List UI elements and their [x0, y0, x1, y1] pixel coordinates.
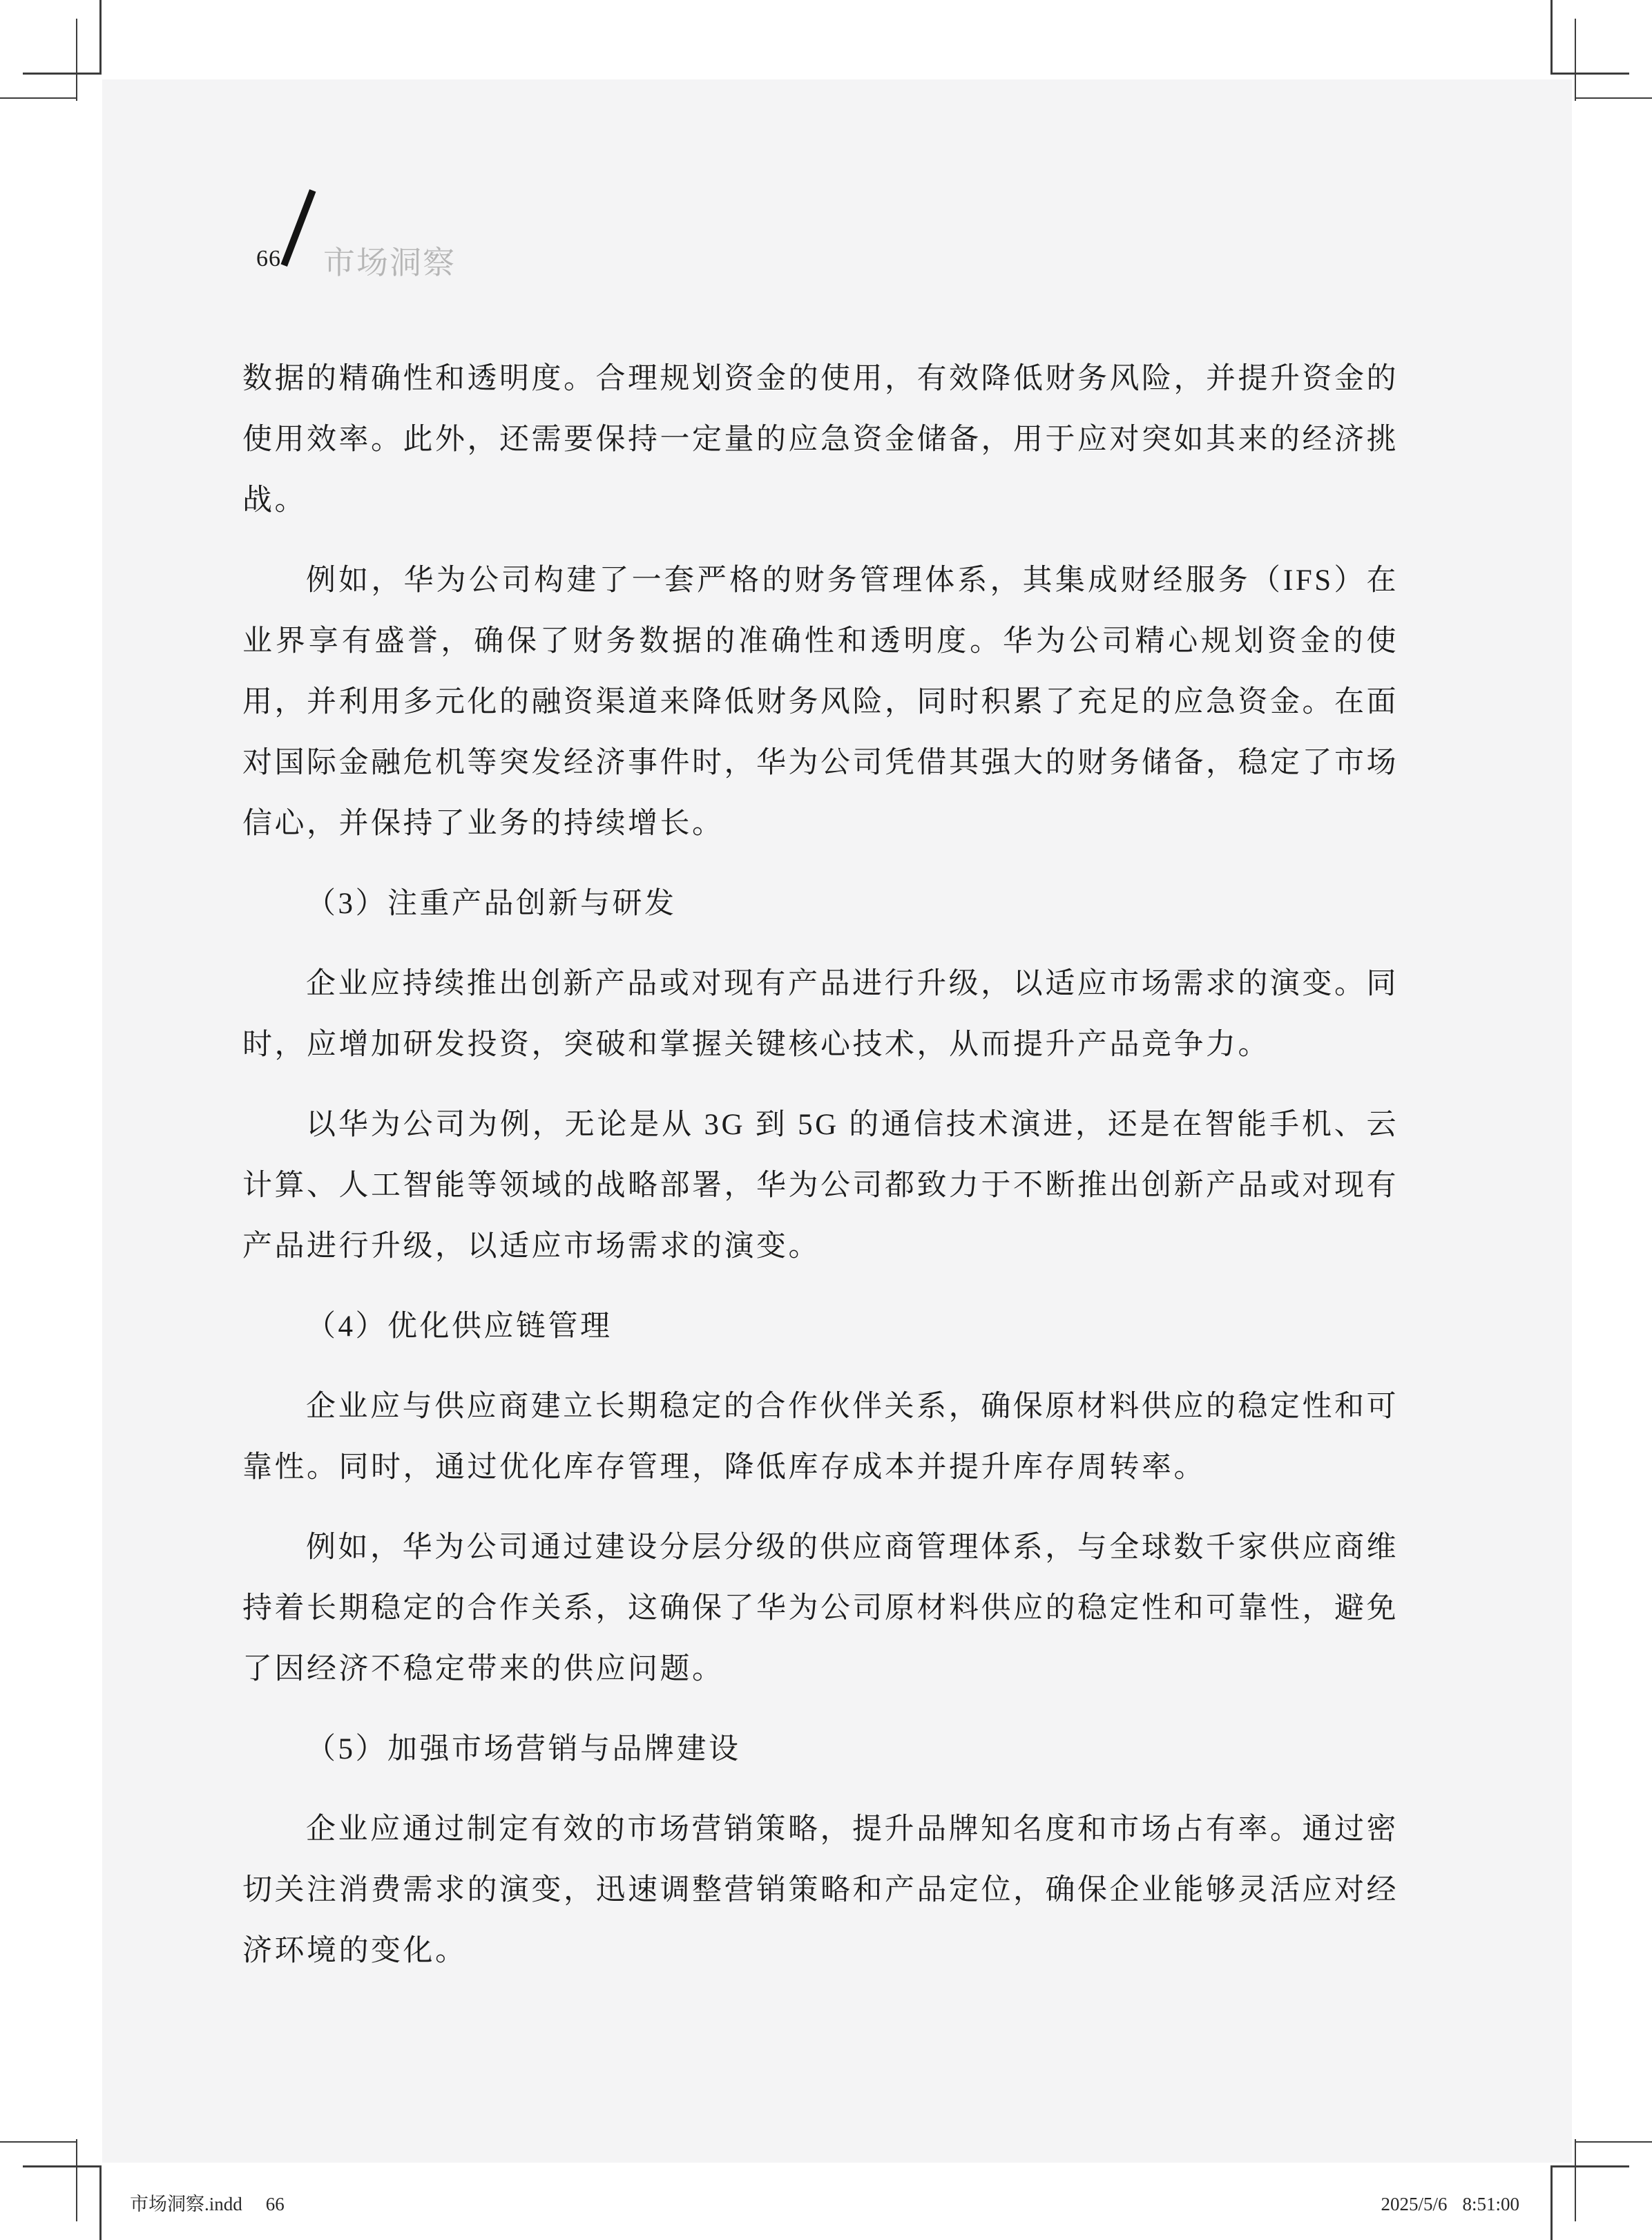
body-paragraph: 企业应通过制定有效的市场营销策略，提升品牌知名度和市场占有率。通过密切关注消费需…: [242, 1799, 1399, 1982]
body-text: 数据的精确性和透明度。合理规划资金的使用，有效降低财务风险，并提升资金的使用效率…: [102, 79, 1572, 1982]
crop-mark-line: [99, 0, 102, 75]
body-paragraph: 数据的精确性和透明度。合理规划资金的使用，有效降低财务风险，并提升资金的使用效率…: [242, 349, 1399, 531]
crop-mark-line: [1550, 0, 1553, 75]
crop-mark-line: [23, 73, 102, 75]
page: { "page": { "header": { "page_number": "…: [0, 0, 1652, 2240]
slug-right: 2025/5/68:51:00: [1381, 2194, 1519, 2214]
crop-mark-line: [1575, 2141, 1652, 2143]
crop-mark-line: [1575, 19, 1576, 101]
content-area: 66 市场洞察 数据的精确性和透明度。合理规划资金的使用，有效降低财务风险，并提…: [102, 79, 1572, 2163]
header-page-number: 66: [256, 247, 281, 271]
slug-file-name: 市场洞察.indd: [130, 2194, 242, 2214]
crop-mark-line: [99, 2165, 102, 2240]
body-paragraph: 企业应与供应商建立长期稳定的合作伙伴关系，确保原材料供应的稳定性和可靠性。同时，…: [242, 1377, 1399, 1498]
slug-date: 2025/5/6: [1381, 2194, 1447, 2214]
running-title: 市场洞察: [323, 247, 456, 278]
body-paragraph: 例如，华为公司通过建设分层分级的供应商管理体系，与全球数千家供应商维持着长期稳定…: [242, 1518, 1399, 1700]
body-paragraph: 例如，华为公司构建了一套严格的财务管理体系，其集成财经服务（IFS）在业界享有盛…: [242, 551, 1399, 854]
slug-page-number: 66: [266, 2194, 285, 2214]
slug-time: 8:51:00: [1462, 2194, 1519, 2214]
section-heading: （4）优化供应链管理: [242, 1296, 1399, 1357]
crop-mark-line: [1550, 2165, 1553, 2240]
crop-mark-line: [1575, 97, 1652, 99]
body-paragraph: 以华为公司为例，无论是从 3G 到 5G 的通信技术演进，还是在智能手机、云计算…: [242, 1095, 1399, 1277]
crop-mark-line: [76, 2139, 77, 2221]
crop-mark-line: [1550, 2165, 1629, 2167]
slug-left: 市场洞察.indd66: [130, 2194, 285, 2214]
crop-mark-line: [76, 19, 77, 101]
crop-mark-line: [23, 2165, 102, 2167]
section-heading: （5）加强市场营销与品牌建设: [242, 1719, 1399, 1780]
crop-mark-line: [1550, 73, 1629, 75]
crop-mark-line: [0, 2141, 77, 2143]
section-heading: （3）注重产品创新与研发: [242, 874, 1399, 935]
crop-mark-line: [1575, 2139, 1576, 2221]
body-paragraph: 企业应持续推出创新产品或对现有产品进行升级，以适应市场需求的演变。同时，应增加研…: [242, 954, 1399, 1075]
crop-mark-line: [0, 97, 77, 99]
